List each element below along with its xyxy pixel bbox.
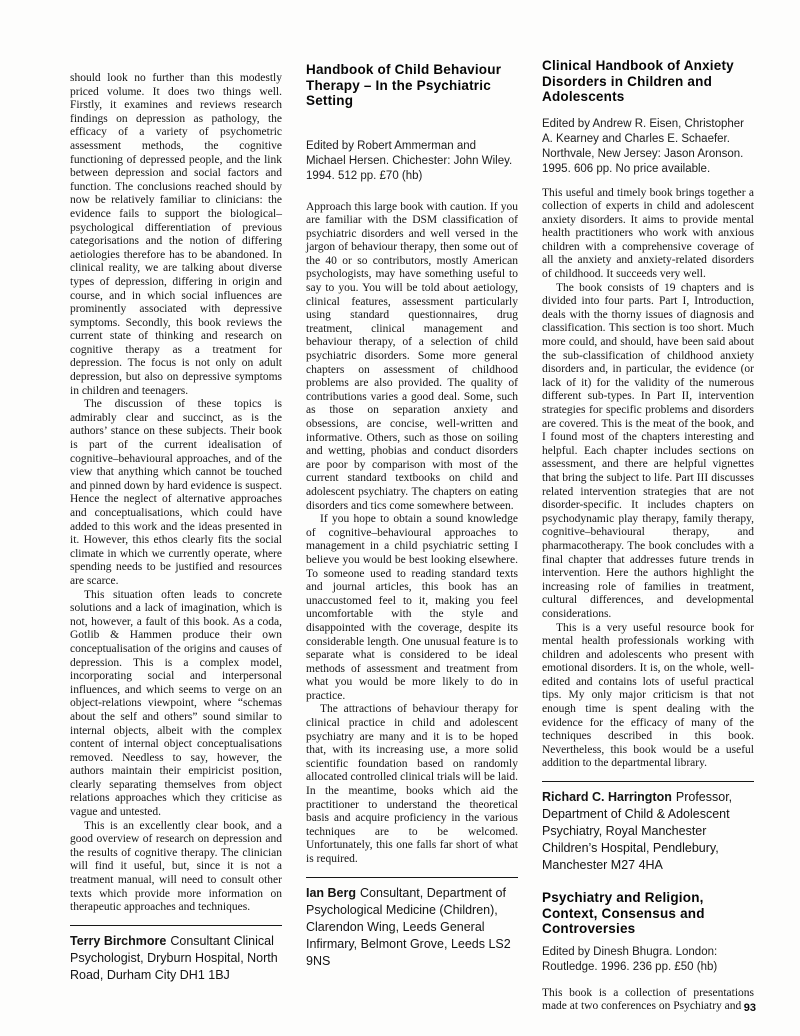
review-paragraph: If you hope to obtain a sound knowledge … <box>306 513 518 703</box>
separator-rule <box>542 781 754 782</box>
review-paragraph: Approach this large book with caution. I… <box>306 201 518 514</box>
review-paragraph: This book is a collection of presentatio… <box>542 987 754 1014</box>
page-number: 93 <box>744 1002 756 1014</box>
reviewer-byline: Terry BirchmoreConsultant Clinical Psych… <box>70 933 282 984</box>
byline-name: Richard C. Harrington <box>542 790 672 804</box>
separator-rule <box>70 925 282 926</box>
column-middle: Handbook of Child Behaviour Therapy – In… <box>306 58 518 1014</box>
review-paragraph: This useful and timely book brings toget… <box>542 187 754 282</box>
review-paragraph: The discussion of these topics is admira… <box>70 398 282 588</box>
byline-name: Terry Birchmore <box>70 934 166 948</box>
separator-rule <box>306 877 518 878</box>
reviewer-byline: Richard C. HarringtonProfessor, Departme… <box>542 789 754 874</box>
book-imprint: Edited by Robert Ammerman and Michael He… <box>306 139 518 184</box>
review-paragraph: The attractions of behaviour therapy for… <box>306 703 518 866</box>
columns-container: should look no further than this modestl… <box>0 0 800 1014</box>
book-imprint: Edited by Andrew R. Eisen, Christopher A… <box>542 117 754 177</box>
book-imprint: Edited by Dinesh Bhugra. London: Routled… <box>542 945 754 975</box>
journal-page: should look no further than this modestl… <box>0 0 800 1036</box>
review-title: Psychiatry and Religion, Context, Consen… <box>542 890 754 937</box>
column-left: should look no further than this modestl… <box>70 58 282 1014</box>
review-paragraph: This is a very useful resource book for … <box>542 622 754 772</box>
review-paragraph: This is an excellently clear book, and a… <box>70 820 282 915</box>
review-paragraph: The book consists of 19 chapters and is … <box>542 282 754 622</box>
byline-name: Ian Berg <box>306 886 356 900</box>
reviewer-byline: Ian BergConsultant, Department of Psycho… <box>306 885 518 970</box>
review-title: Handbook of Child Behaviour Therapy – In… <box>306 62 518 109</box>
column-right: Clinical Handbook of Anxiety Disorders i… <box>542 58 754 1014</box>
review-title: Clinical Handbook of Anxiety Disorders i… <box>542 58 754 105</box>
review-paragraph: should look no further than this modestl… <box>70 72 282 398</box>
review-paragraph: This situation often leads to concrete s… <box>70 589 282 820</box>
